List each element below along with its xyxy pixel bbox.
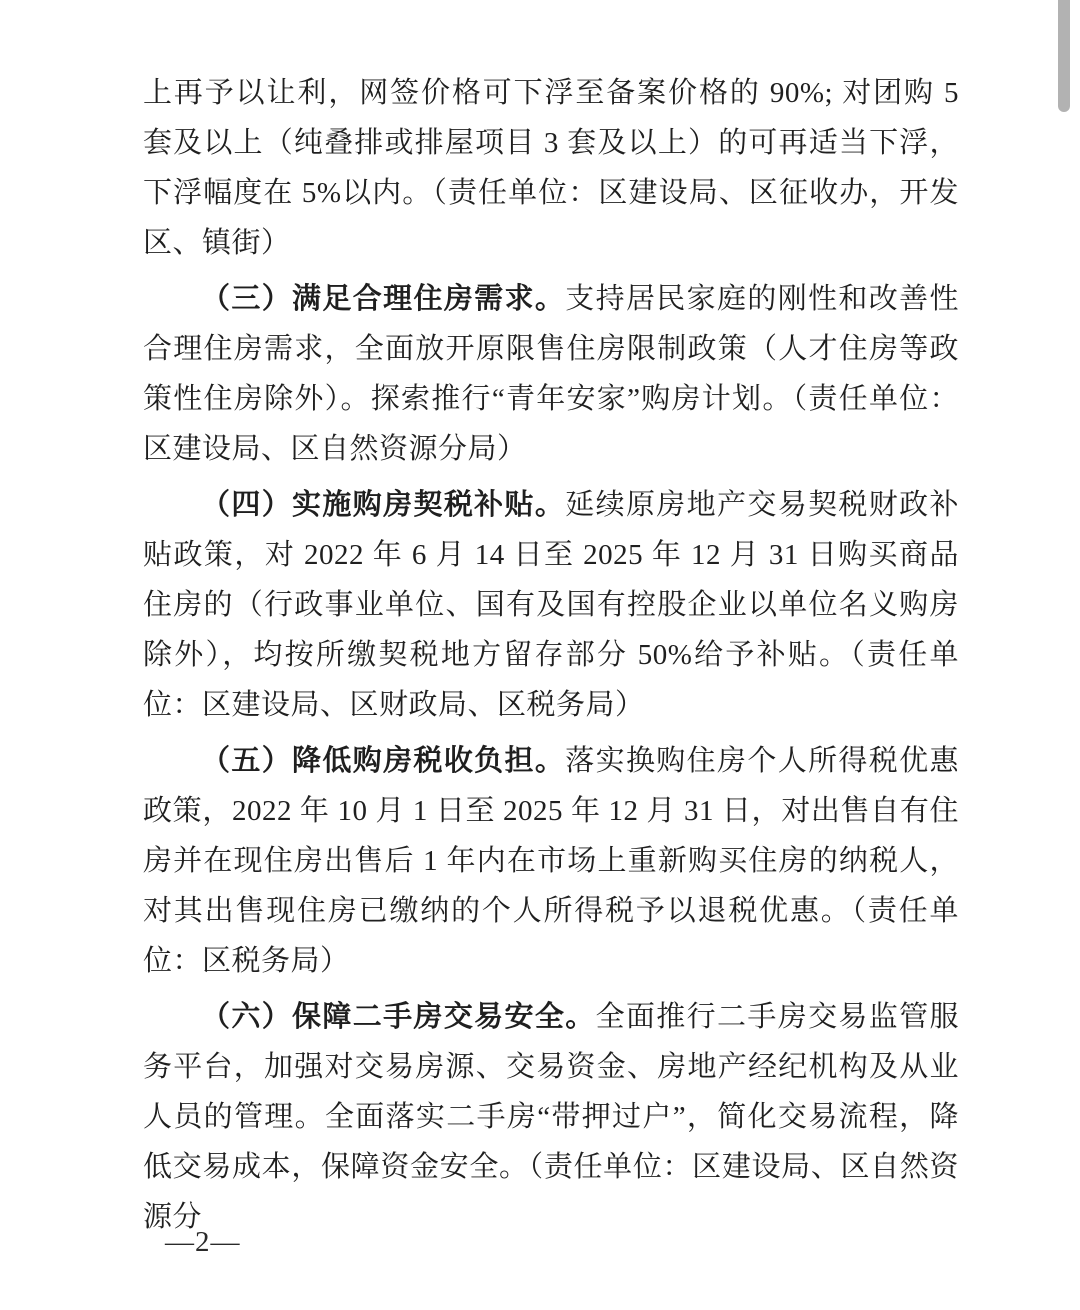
paragraph-text: 延续原房地产交易契税财政补贴政策，对 2022 年 6 月 14 日至 2025… bbox=[143, 489, 959, 721]
page-number: —2— bbox=[165, 1226, 241, 1259]
document-body: 上再予以让利，网签价格可下浮至备案价格的 90%; 对团购 5 套及以上（纯叠排… bbox=[143, 68, 959, 1248]
paragraph-text: 上再予以让利，网签价格可下浮至备案价格的 90%; 对团购 5 套及以上（纯叠排… bbox=[143, 77, 959, 259]
paragraph-lead: （四）实施购房契税补贴。 bbox=[201, 489, 565, 521]
paragraph-lead: （五）降低购房税收负担。 bbox=[201, 745, 565, 777]
scrollbar-thumb[interactable] bbox=[1058, 0, 1070, 112]
paragraph-lead: （六）保障二手房交易安全。 bbox=[201, 1001, 596, 1033]
paragraph-lead: （三）满足合理住房需求。 bbox=[201, 283, 565, 315]
paragraph: （三）满足合理住房需求。支持居民家庭的刚性和改善性合理住房需求，全面放开原限售住… bbox=[143, 274, 959, 474]
paragraph-text: 落实换购住房个人所得税优惠政策，2022 年 10 月 1 日至 2025 年 … bbox=[143, 745, 959, 977]
paragraph: 上再予以让利，网签价格可下浮至备案价格的 90%; 对团购 5 套及以上（纯叠排… bbox=[143, 68, 959, 268]
paragraph-text: 全面推行二手房交易监管服务平台，加强对交易房源、交易资金、房地产经纪机构及从业人… bbox=[143, 1001, 959, 1233]
document-page: 上再予以让利，网签价格可下浮至备案价格的 90%; 对团购 5 套及以上（纯叠排… bbox=[0, 0, 1080, 1310]
paragraph: （五）降低购房税收负担。落实换购住房个人所得税优惠政策，2022 年 10 月 … bbox=[143, 736, 959, 986]
paragraph: （四）实施购房契税补贴。延续原房地产交易契税财政补贴政策，对 2022 年 6 … bbox=[143, 480, 959, 730]
paragraph: （六）保障二手房交易安全。全面推行二手房交易监管服务平台，加强对交易房源、交易资… bbox=[143, 992, 959, 1242]
